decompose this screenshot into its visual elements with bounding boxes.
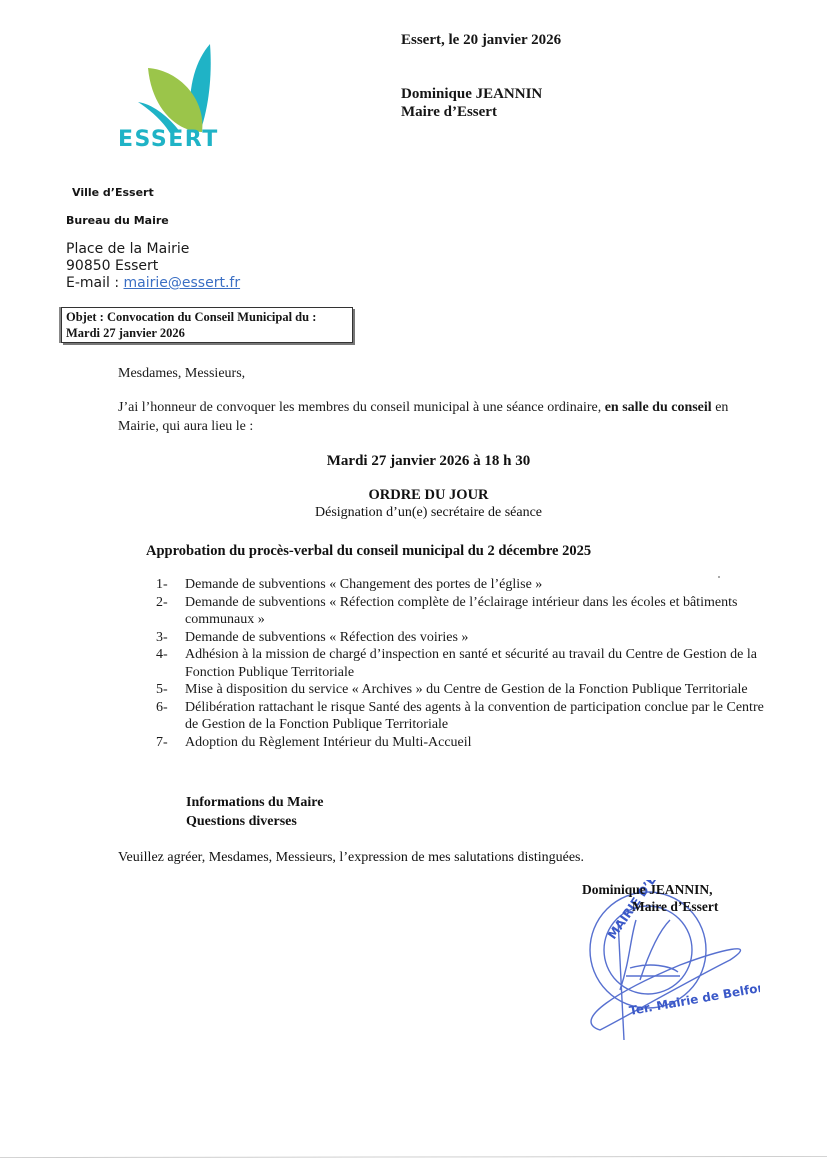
intro-text: J’ai l’honneur de convoquer les membres … [118, 400, 605, 415]
agenda-item-number: 3- [156, 629, 185, 647]
agenda-item-number: 7- [156, 734, 185, 752]
letter-date: Essert, le 20 janvier 2026 [401, 32, 561, 49]
signatory-name: Dominique JEANNIN, [582, 882, 713, 898]
mayor-title: Maire d’Essert [401, 104, 497, 121]
agenda-item: 1-Demande de subventions « Changement de… [156, 576, 766, 594]
agenda-item-text: Mise à disposition du service « Archives… [185, 681, 766, 699]
agenda-item: 6-Délibération rattachant le risque Sant… [156, 699, 766, 734]
agenda-item: 3-Demande de subventions « Réfection des… [156, 629, 766, 647]
agenda-item: 7-Adoption du Règlement Intérieur du Mul… [156, 734, 766, 752]
agenda-item-number: 2- [156, 594, 185, 629]
intro-paragraph: J’ai l’honneur de convoquer les membres … [118, 398, 758, 436]
agenda-item: 5-Mise à disposition du service « Archiv… [156, 681, 766, 699]
agenda-item-text: Adhésion à la mission de chargé d’inspec… [185, 646, 766, 681]
closing-formula: Veuillez agréer, Mesdames, Messieurs, l’… [118, 850, 584, 866]
logo-text: ESSERT [118, 127, 219, 152]
mayor-name: Dominique JEANNIN [401, 86, 542, 103]
agenda-item-text: Délibération rattachant le risque Santé … [185, 699, 766, 734]
subject-line-2: Mardi 27 janvier 2026 [66, 325, 348, 341]
agenda-subtitle: Désignation d’un(e) secrétaire de séance [0, 505, 827, 521]
address-line-2: 90850 Essert [66, 258, 158, 274]
subject-line-1: Objet : Convocation du Conseil Municipal… [66, 309, 348, 325]
agenda-item-number: 5- [156, 681, 185, 699]
agenda-item-number: 1- [156, 576, 185, 594]
email-link[interactable]: mairie@essert.fr [124, 275, 241, 291]
sender-office: Bureau du Maire [66, 214, 169, 227]
agenda-title: ORDRE DU JOUR [0, 487, 827, 504]
intro-location: en salle du conseil [605, 400, 712, 415]
mayor-information: Informations du Maire [186, 795, 323, 811]
agenda-item-number: 6- [156, 699, 185, 734]
sender-town: Ville d’Essert [72, 186, 154, 199]
agenda-item: 4-Adhésion à la mission de chargé d’insp… [156, 646, 766, 681]
agenda-item-text: Demande de subventions « Changement des … [185, 576, 766, 594]
agenda-list: 1-Demande de subventions « Changement de… [156, 576, 766, 751]
subject-box: Objet : Convocation du Conseil Municipal… [61, 307, 353, 343]
scan-edge-line [0, 1156, 827, 1158]
agenda-item-number: 4- [156, 646, 185, 681]
email-line: E-mail : mairie@essert.fr [66, 275, 240, 291]
address-line-1: Place de la Mairie [66, 241, 189, 257]
agenda-item-text: Demande de subventions « Réfection compl… [185, 594, 766, 629]
agenda-item: 2-Demande de subventions « Réfection com… [156, 594, 766, 629]
email-label: E-mail : [66, 275, 124, 291]
agenda-item-text: Demande de subventions « Réfection des v… [185, 629, 766, 647]
miscellaneous-questions: Questions diverses [186, 814, 297, 830]
salutation: Mesdames, Messieurs, [118, 366, 245, 382]
minutes-approval: Approbation du procès-verbal du conseil … [146, 543, 591, 560]
signatory-title: Maire d’Essert [632, 899, 718, 915]
meeting-date: Mardi 27 janvier 2026 à 18 h 30 [0, 453, 827, 470]
agenda-item-text: Adoption du Règlement Intérieur du Multi… [185, 734, 766, 752]
